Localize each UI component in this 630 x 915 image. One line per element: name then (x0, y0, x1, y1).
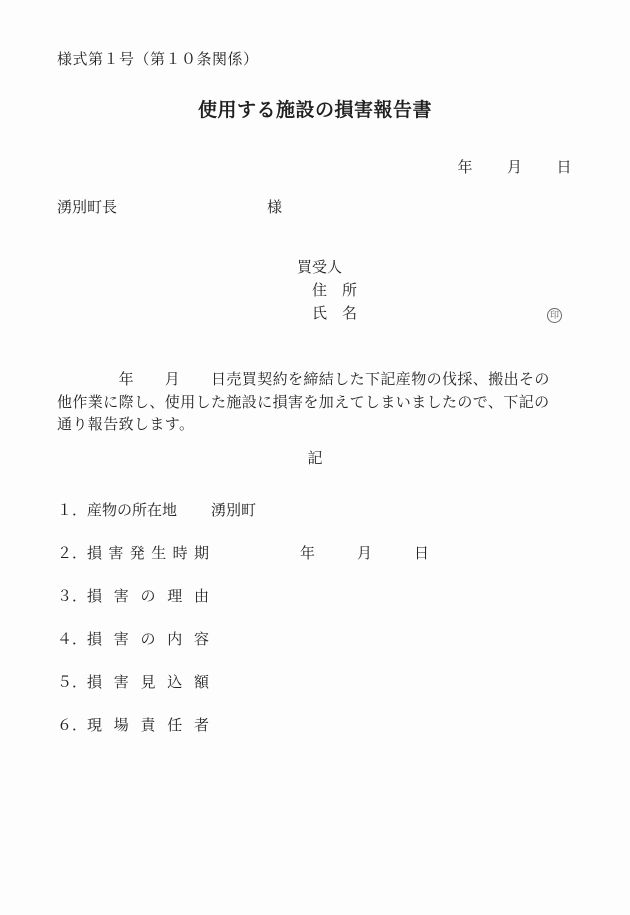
list-item-damage-reason: ３．損害の理由 (57, 590, 209, 606)
buyer-address-label: 住 所 (312, 284, 357, 300)
damage-report-form-page: 様式第１号（第１０条関係） 使用する施設の損害報告書 年 月 日 湧別町長様 買… (0, 0, 630, 915)
body-paragraph: 年 月 日売買契約を締結した下記産物の伐採、搬出その 他作業に際し、使用した施設… (57, 369, 573, 437)
list-item-product-location: １．産物の所在地湧別町 (57, 504, 256, 520)
list-item-damage-description: ４．損害の内容 (57, 633, 209, 649)
recipient-name: 湧別町長 (57, 200, 117, 216)
item-value: 年 月 日 (300, 547, 433, 563)
list-item-damage-date: ２．損害発生時期年 月 日 (57, 547, 433, 563)
item-label: 損害の理由 (87, 590, 209, 606)
item-number: ２． (57, 547, 87, 563)
list-item-site-manager: ６．現場責任者 (57, 719, 209, 735)
seal-placeholder-icon: 印 (547, 308, 562, 323)
item-label: 産物の所在地 (87, 504, 177, 520)
item-number: １． (57, 504, 87, 520)
form-number-label: 様式第１号（第１０条関係） (57, 53, 259, 69)
buyer-name-label: 氏 名 (312, 307, 357, 323)
section-marker-ki: 記 (0, 452, 630, 468)
item-number: ３． (57, 590, 87, 606)
item-label: 現場責任者 (87, 719, 209, 735)
body-line-1: 年 月 日売買契約を締結した下記産物の伐採、搬出その (57, 369, 573, 392)
item-label: 損害の内容 (87, 633, 209, 649)
item-value: 湧別町 (211, 504, 256, 520)
body-line-3: 通り報告致します。 (57, 414, 573, 437)
recipient-honorific: 様 (267, 201, 282, 217)
date-blank-line: 年 月 日 (457, 161, 573, 177)
item-number: ４． (57, 633, 87, 649)
item-number: ６． (57, 719, 87, 735)
buyer-heading: 買受人 (297, 261, 342, 277)
recipient-line: 湧別町長様 (57, 201, 282, 217)
body-line-2: 他作業に際し、使用した施設に損害を加えてしまいましたので、下記の (57, 392, 573, 415)
item-label: 損害発生時期 (87, 547, 209, 563)
item-label: 損害見込額 (87, 676, 209, 692)
item-number: ５． (57, 676, 87, 692)
list-item-estimated-damage-amount: ５．損害見込額 (57, 676, 209, 692)
document-title: 使用する施設の損害報告書 (0, 101, 630, 121)
